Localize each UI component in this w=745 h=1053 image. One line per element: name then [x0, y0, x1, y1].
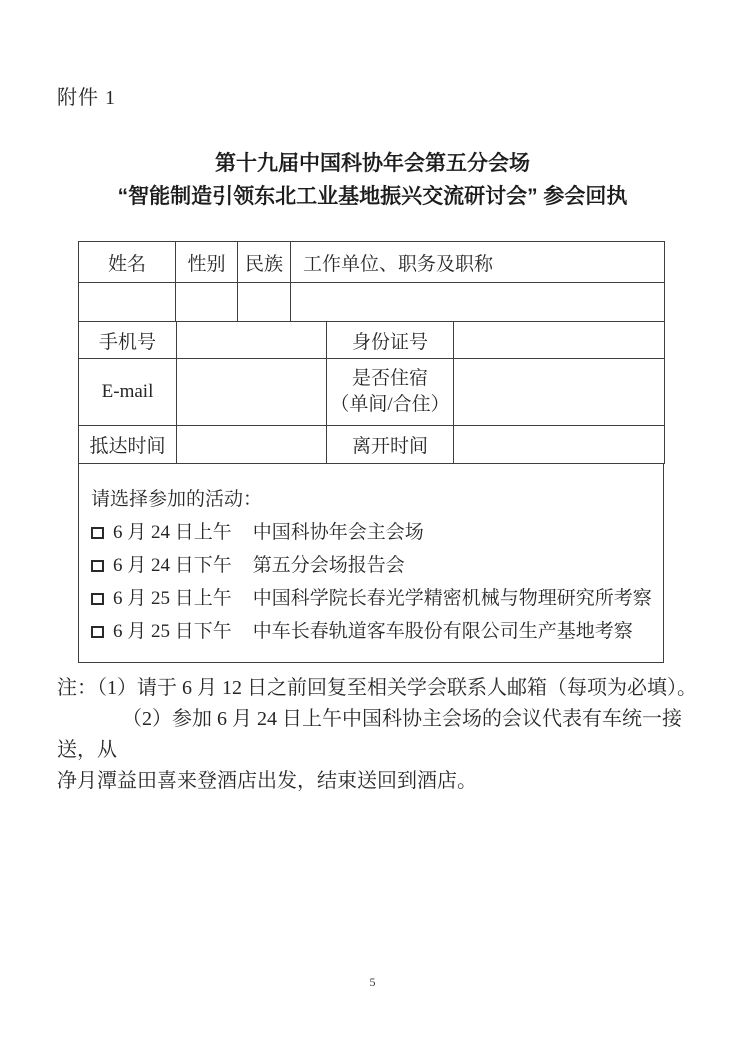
arrival-input-cell[interactable]: [177, 426, 327, 464]
ethnicity-label-cell: 民族: [238, 242, 291, 283]
gender-input-cell[interactable]: [176, 283, 238, 322]
lodging-label-line1: 是否住宿: [327, 366, 453, 392]
email-input-cell[interactable]: [177, 359, 327, 426]
note-line: 净月潭益田喜来登酒店出发，结束送回到酒店。: [57, 766, 702, 797]
id-input-cell[interactable]: [454, 322, 665, 359]
activity-checkbox-icon[interactable]: [91, 527, 104, 539]
document-title-line1: 第十九届中国科协年会第五分会场: [0, 147, 745, 177]
activity-time: 6 月 24 日上午: [113, 522, 232, 543]
gender-label-cell: 性别: [176, 242, 238, 283]
table-row: 手机号 身份证号: [79, 322, 665, 359]
name-label-cell: 姓名: [79, 242, 176, 283]
lodging-label-cell: 是否住宿 （单间/合住）: [327, 359, 454, 426]
activity-row: 6 月 24 日下午第五分会场报告会: [91, 549, 663, 582]
activity-name: 第五分会场报告会: [253, 555, 405, 576]
activity-checkbox-icon[interactable]: [91, 560, 104, 572]
mobile-label-cell: 手机号: [79, 322, 177, 359]
table-row: 姓名 性别 民族 工作单位、职务及职称: [79, 242, 665, 283]
arrival-label-cell: 抵达时间: [79, 426, 177, 464]
id-label-cell: 身份证号: [327, 322, 454, 359]
departure-input-cell[interactable]: [454, 426, 665, 464]
lodging-label-line2: （单间/合住）: [327, 392, 453, 418]
workunit-input-cell[interactable]: [291, 283, 665, 322]
activity-name: 中国科学院长春光学精密机械与物理研究所考察: [253, 588, 652, 609]
notes-section: 注：（1）请于 6 月 12 日之前回复至相关学会联系人邮箱（每项为必填）。 （…: [57, 673, 702, 797]
activity-name: 中国科协年会主会场: [253, 522, 424, 543]
contact-table: 手机号 身份证号 E-mail 是否住宿 （单间/合住） 抵达时间 离开时间: [78, 321, 665, 464]
activity-time: 6 月 24 日下午: [113, 555, 232, 576]
workunit-label-cell: 工作单位、职务及职称: [291, 242, 665, 283]
activities-prompt: 请选择参加的活动：: [91, 484, 663, 516]
activity-name: 中车长春轨道客车股份有限公司生产基地考察: [253, 621, 633, 642]
document-page: 附件 1 第十九届中国科协年会第五分会场 “智能制造引领东北工业基地振兴交流研讨…: [0, 0, 745, 1053]
note-line: 注：（1）请于 6 月 12 日之前回复至相关学会联系人邮箱（每项为必填）。: [57, 673, 702, 704]
activity-row: 6 月 25 日下午中车长春轨道客车股份有限公司生产基地考察: [91, 615, 663, 648]
activity-time: 6 月 25 日下午: [113, 621, 232, 642]
mobile-input-cell[interactable]: [177, 322, 327, 359]
ethnicity-input-cell[interactable]: [238, 283, 291, 322]
document-title-line2: “智能制造引领东北工业基地振兴交流研讨会” 参会回执: [0, 180, 745, 210]
activity-checkbox-icon[interactable]: [91, 626, 104, 638]
lodging-input-cell[interactable]: [454, 359, 665, 426]
attachment-label: 附件 1: [57, 81, 116, 110]
table-row: [79, 283, 665, 322]
activity-time: 6 月 25 日上午: [113, 588, 232, 609]
name-input-cell[interactable]: [79, 283, 176, 322]
email-label-cell: E-mail: [79, 359, 177, 426]
activities-section: 请选择参加的活动： 6 月 24 日上午中国科协年会主会场 6 月 24 日下午…: [78, 463, 664, 663]
header-table: 姓名 性别 民族 工作单位、职务及职称: [78, 241, 665, 322]
activity-checkbox-icon[interactable]: [91, 593, 104, 605]
table-row: E-mail 是否住宿 （单间/合住）: [79, 359, 665, 426]
page-number: 5: [0, 975, 745, 990]
note-line: （2）参加 6 月 24 日上午中国科协主会场的会议代表有车统一接送，从: [57, 704, 702, 766]
activity-row: 6 月 25 日上午中国科学院长春光学精密机械与物理研究所考察: [91, 582, 663, 615]
table-row: 抵达时间 离开时间: [79, 426, 665, 464]
departure-label-cell: 离开时间: [327, 426, 454, 464]
activity-row: 6 月 24 日上午中国科协年会主会场: [91, 516, 663, 549]
